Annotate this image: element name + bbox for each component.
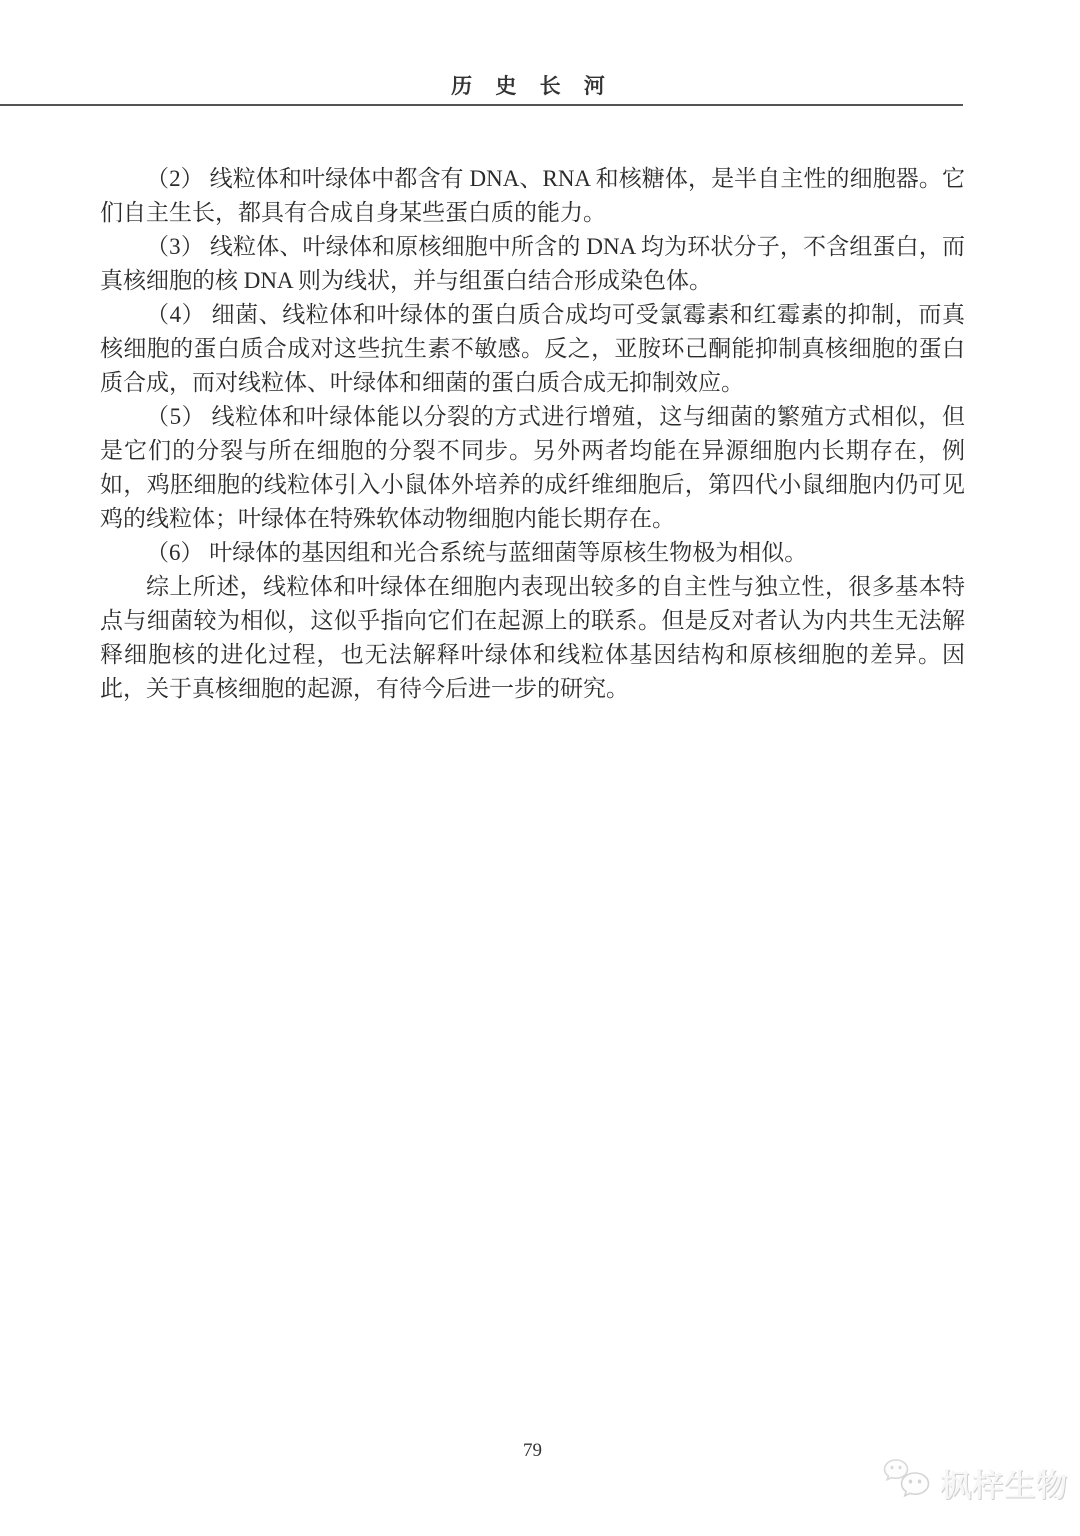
paragraph-4: （4） 细菌、线粒体和叶绿体的蛋白质合成均可受氯霉素和红霉素的抑制，而真核细胞的… xyxy=(100,298,965,400)
paragraph-3: （3） 线粒体、叶绿体和原核细胞中所含的 DNA 均为环状分子，不含组蛋白，而真… xyxy=(100,230,965,298)
document-body: （2） 线粒体和叶绿体中都含有 DNA、RNA 和核糖体，是半自主性的细胞器。它… xyxy=(100,162,965,706)
wechat-chat-bubbles-icon xyxy=(882,1456,934,1508)
watermark-text: 枫梓生物 xyxy=(940,1460,1068,1505)
page-header-title: 历 史 长 河 xyxy=(100,70,965,100)
paragraph-2: （2） 线粒体和叶绿体中都含有 DNA、RNA 和核糖体，是半自主性的细胞器。它… xyxy=(100,162,965,230)
page-number: 79 xyxy=(100,1440,965,1462)
header-rule xyxy=(0,104,963,106)
paragraph-summary: 综上所述，线粒体和叶绿体在细胞内表现出较多的自主性与独立性，很多基本特点与细菌较… xyxy=(100,570,965,706)
document-page: 历 史 长 河 （2） 线粒体和叶绿体中都含有 DNA、RNA 和核糖体，是半自… xyxy=(0,0,1080,1536)
watermark: 枫梓生物 xyxy=(882,1456,1068,1508)
paragraph-5: （5） 线粒体和叶绿体能以分裂的方式进行增殖，这与细菌的繁殖方式相似，但是它们的… xyxy=(100,400,965,536)
paragraph-6: （6） 叶绿体的基因组和光合系统与蓝细菌等原核生物极为相似。 xyxy=(100,536,965,570)
